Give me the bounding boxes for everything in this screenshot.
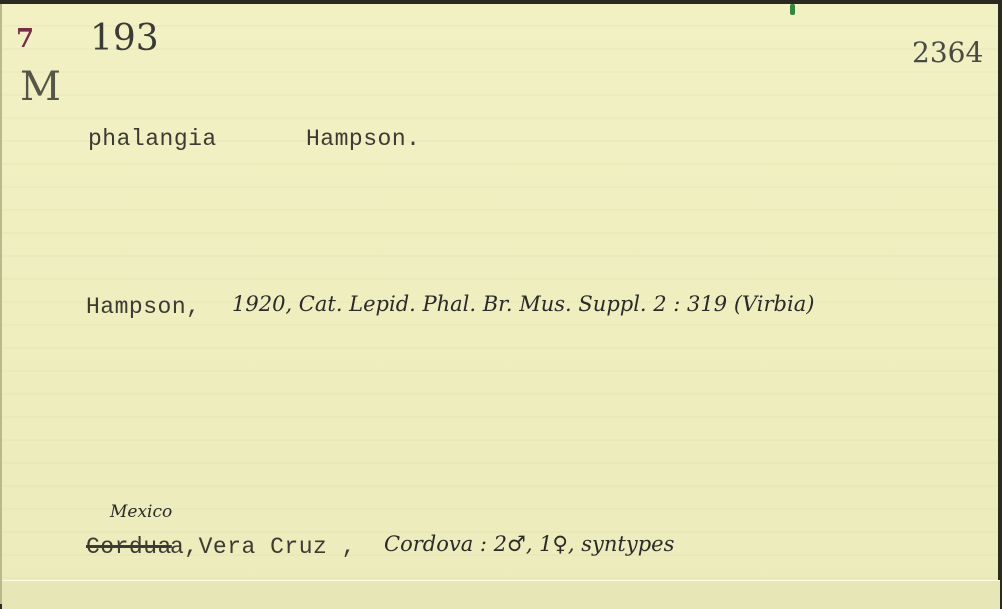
locality-correction: Mexico <box>110 502 172 522</box>
locality-detail: Cordova : 2♂, 1♀, syntypes <box>384 532 674 556</box>
card-bottom-edge <box>2 580 1000 609</box>
handwritten-number: 193 <box>90 18 159 59</box>
species-author: Hampson. <box>306 126 420 152</box>
red-number-mark: 7 <box>16 24 34 54</box>
handwritten-letter: M <box>20 64 61 110</box>
citation-author: Hampson, <box>86 294 200 320</box>
card-number: 2364 <box>912 36 983 69</box>
struck-locality: Cordua <box>86 534 172 560</box>
locality-typed: a,Vera Cruz , <box>170 534 356 560</box>
species-name: phalangia <box>88 126 217 152</box>
index-card: 7 193 M 2364 phalangia Hampson. Hampson,… <box>0 4 998 604</box>
green-tab-marker <box>790 4 795 15</box>
citation-reference: 1920, Cat. Lepid. Phal. Br. Mus. Suppl. … <box>232 292 814 316</box>
